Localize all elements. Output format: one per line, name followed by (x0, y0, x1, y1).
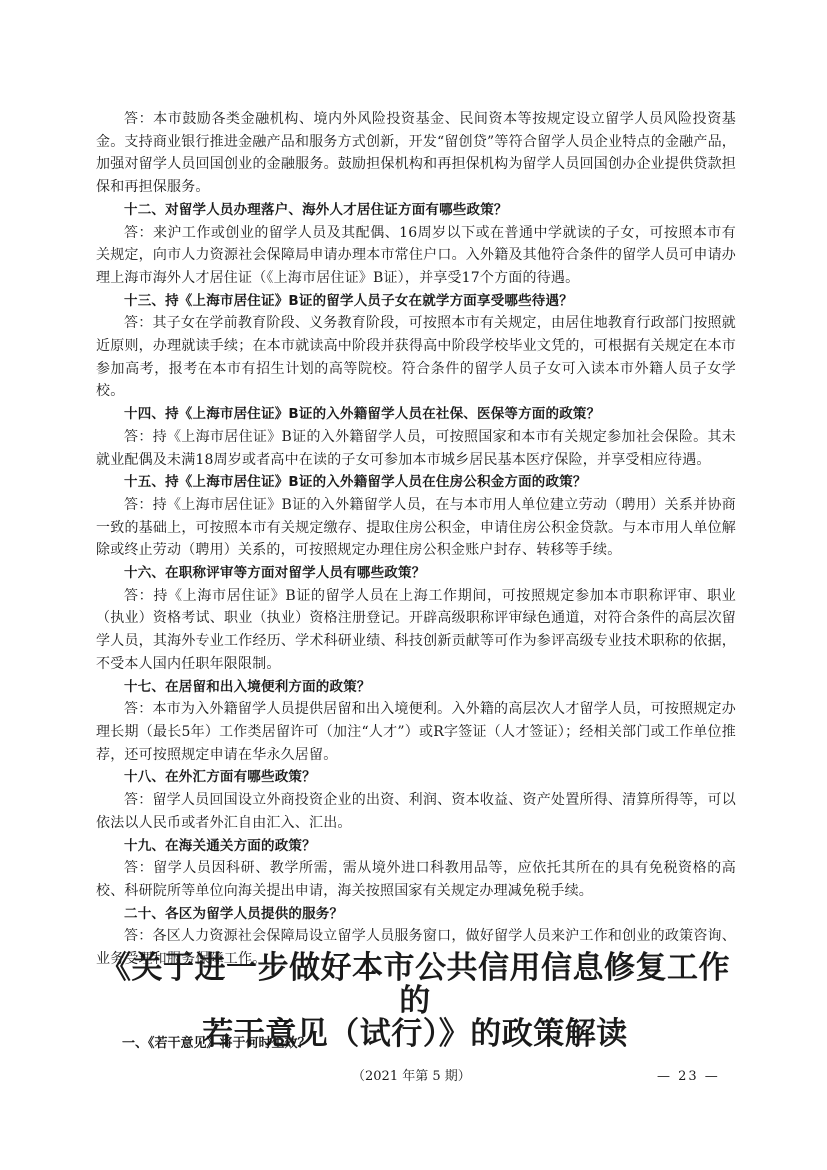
answer-paragraph-14: 答：持《上海市居住证》B证的入外籍留学人员，可按照国家和本市有关规定参加社会保险… (96, 426, 736, 471)
question-15-heading: 十五、持《上海市居住证》B证的入外籍留学人员在住房公积金方面的政策？ (96, 471, 736, 494)
question-13-heading: 十三、持《上海市居住证》B证的留学人员子女在就学方面享受哪些待遇？ (96, 290, 736, 313)
answer-paragraph-19: 答：留学人员因科研、教学所需，需从境外进口科教用品等，应依托其所在的具有免税资格… (96, 857, 736, 902)
answer-paragraph-18: 答：留学人员回国设立外商投资企业的出资、利润、资本收益、资产处置所得、清算所得等… (96, 789, 736, 834)
answer-paragraph-11: 答：本市鼓励各类金融机构、境内外风险投资基金、民间资本等按规定设立留学人员风险投… (96, 108, 736, 199)
section-first-question: 一、《若干意见》将于何时生效？ (122, 1034, 311, 1054)
question-16-heading: 十六、在职称评审等方面对留学人员有哪些政策？ (96, 562, 736, 585)
question-19-heading: 十九、在海关通关方面的政策？ (96, 835, 736, 858)
answer-paragraph-15: 答：持《上海市居住证》B证的入外籍留学人员，在与本市用人单位建立劳动（聘用）关系… (96, 494, 736, 562)
footer-page-number: — 23 — (657, 1068, 720, 1086)
question-20-heading: 二十、各区为留学人员提供的服务？ (96, 903, 736, 926)
policy-qa-body: 答：本市鼓励各类金融机构、境内外风险投资基金、民间资本等按规定设立留学人员风险投… (96, 108, 736, 971)
question-12-heading: 十二、对留学人员办理落户、海外人才居住证方面有哪些政策？ (96, 199, 736, 222)
answer-paragraph-17: 答：本市为入外籍留学人员提供居留和出入境便利。入外籍的高层次人才留学人员，可按照… (96, 698, 736, 766)
document-page: 答：本市鼓励各类金融机构、境内外风险投资基金、民间资本等按规定设立留学人员风险投… (0, 0, 827, 1170)
answer-paragraph-16: 答：持《上海市居住证》B证的留学人员在上海工作期间，可按照规定参加本市职称评审、… (96, 585, 736, 676)
section-title-line-1: 《关于进一步做好本市公共信用信息修复工作的 (90, 952, 740, 1018)
question-14-heading: 十四、持《上海市居住证》B证的入外籍留学人员在社保、医保等方面的政策？ (96, 403, 736, 426)
question-18-heading: 十八、在外汇方面有哪些政策？ (96, 766, 736, 789)
question-17-heading: 十七、在居留和出入境便利方面的政策？ (96, 676, 736, 699)
answer-paragraph-13: 答：其子女在学前教育阶段、义务教育阶段，可按照本市有关规定，由居住地教育行政部门… (96, 312, 736, 403)
footer-issue-label: （2021 年第 5 期） (352, 1068, 471, 1086)
answer-paragraph-12: 答：来沪工作或创业的留学人员及其配偶、16周岁以下或在普通中学就读的子女，可按照… (96, 222, 736, 290)
